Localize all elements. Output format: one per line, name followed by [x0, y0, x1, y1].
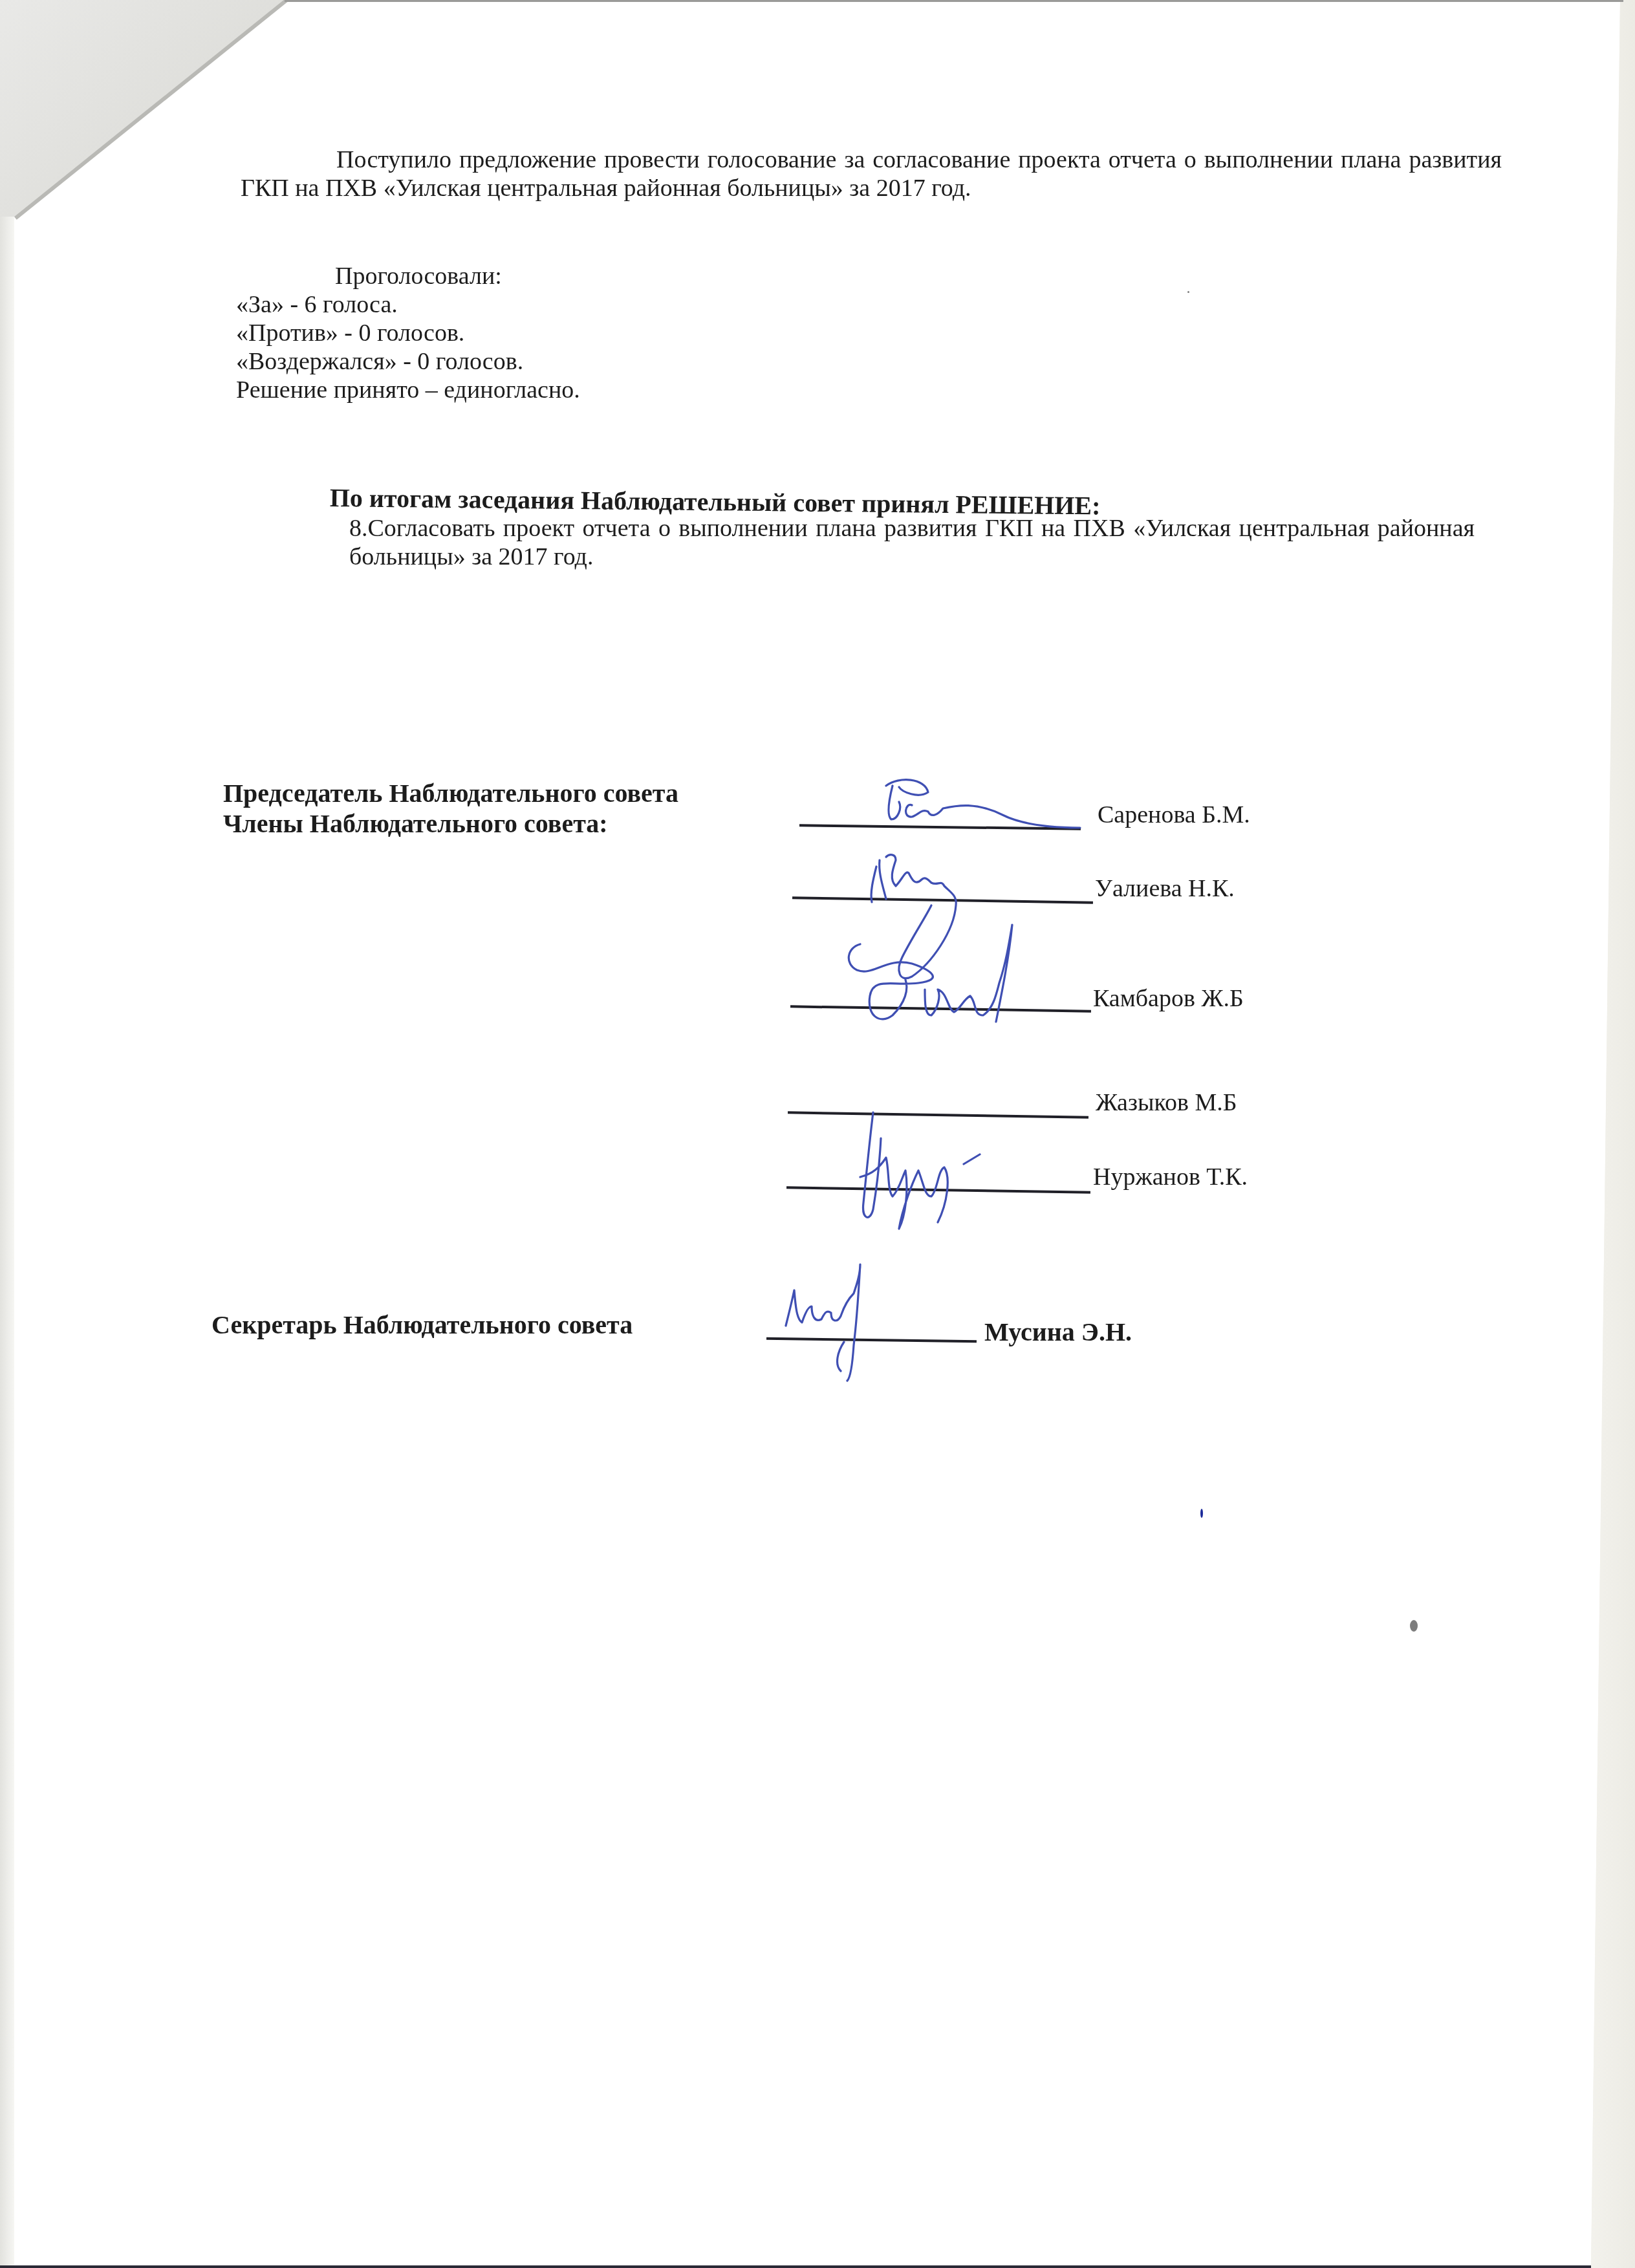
secretary-role-label: Секретарь Наблюдательного совета: [211, 1310, 633, 1340]
signature-member-2: [834, 918, 1080, 1035]
votes-for: «За» - 6 голоса.: [236, 290, 580, 319]
signature-chair: [867, 773, 1087, 831]
page-top-edge: [285, 0, 1623, 2]
signer-name-chair: Саренова Б.М.: [1098, 801, 1250, 829]
voting-results: Проголосовали: «За» - 6 голоса. «Против»…: [236, 262, 580, 404]
votes-against: «Против» - 0 голосов.: [236, 319, 580, 347]
signer-name-member-2: Камбаров Ж.Б: [1093, 984, 1244, 1013]
voting-result: Решение принято – единогласно.: [236, 376, 580, 404]
members-role-label: Члены Наблюдательного совета:: [223, 808, 608, 839]
votes-abstained: «Воздержался» - 0 голосов.: [236, 347, 580, 376]
decision-item: 8.Согласовать проект отчета о выполнении…: [349, 514, 1475, 571]
signer-name-member-4: Нуржанов Т.К.: [1093, 1163, 1248, 1191]
chair-role-label: Председатель Наблюдательного совета: [223, 778, 678, 808]
signature-secretary: [776, 1261, 880, 1384]
signer-name-secretary: Мусина Э.Н.: [984, 1317, 1132, 1347]
signature-member-4: [841, 1106, 1022, 1235]
page-bottom-edge: [0, 2265, 1591, 2268]
voting-heading: Проголосовали:: [236, 262, 580, 290]
intro-paragraph: Поступило предложение провести голосован…: [241, 146, 1502, 202]
signer-name-member-1: Уалиева Н.К.: [1095, 874, 1235, 903]
page-left-edge: [0, 217, 14, 2268]
signer-name-member-3: Жазыков М.Б: [1096, 1088, 1237, 1117]
intro-text: Поступило предложение провести голосован…: [241, 146, 1502, 202]
